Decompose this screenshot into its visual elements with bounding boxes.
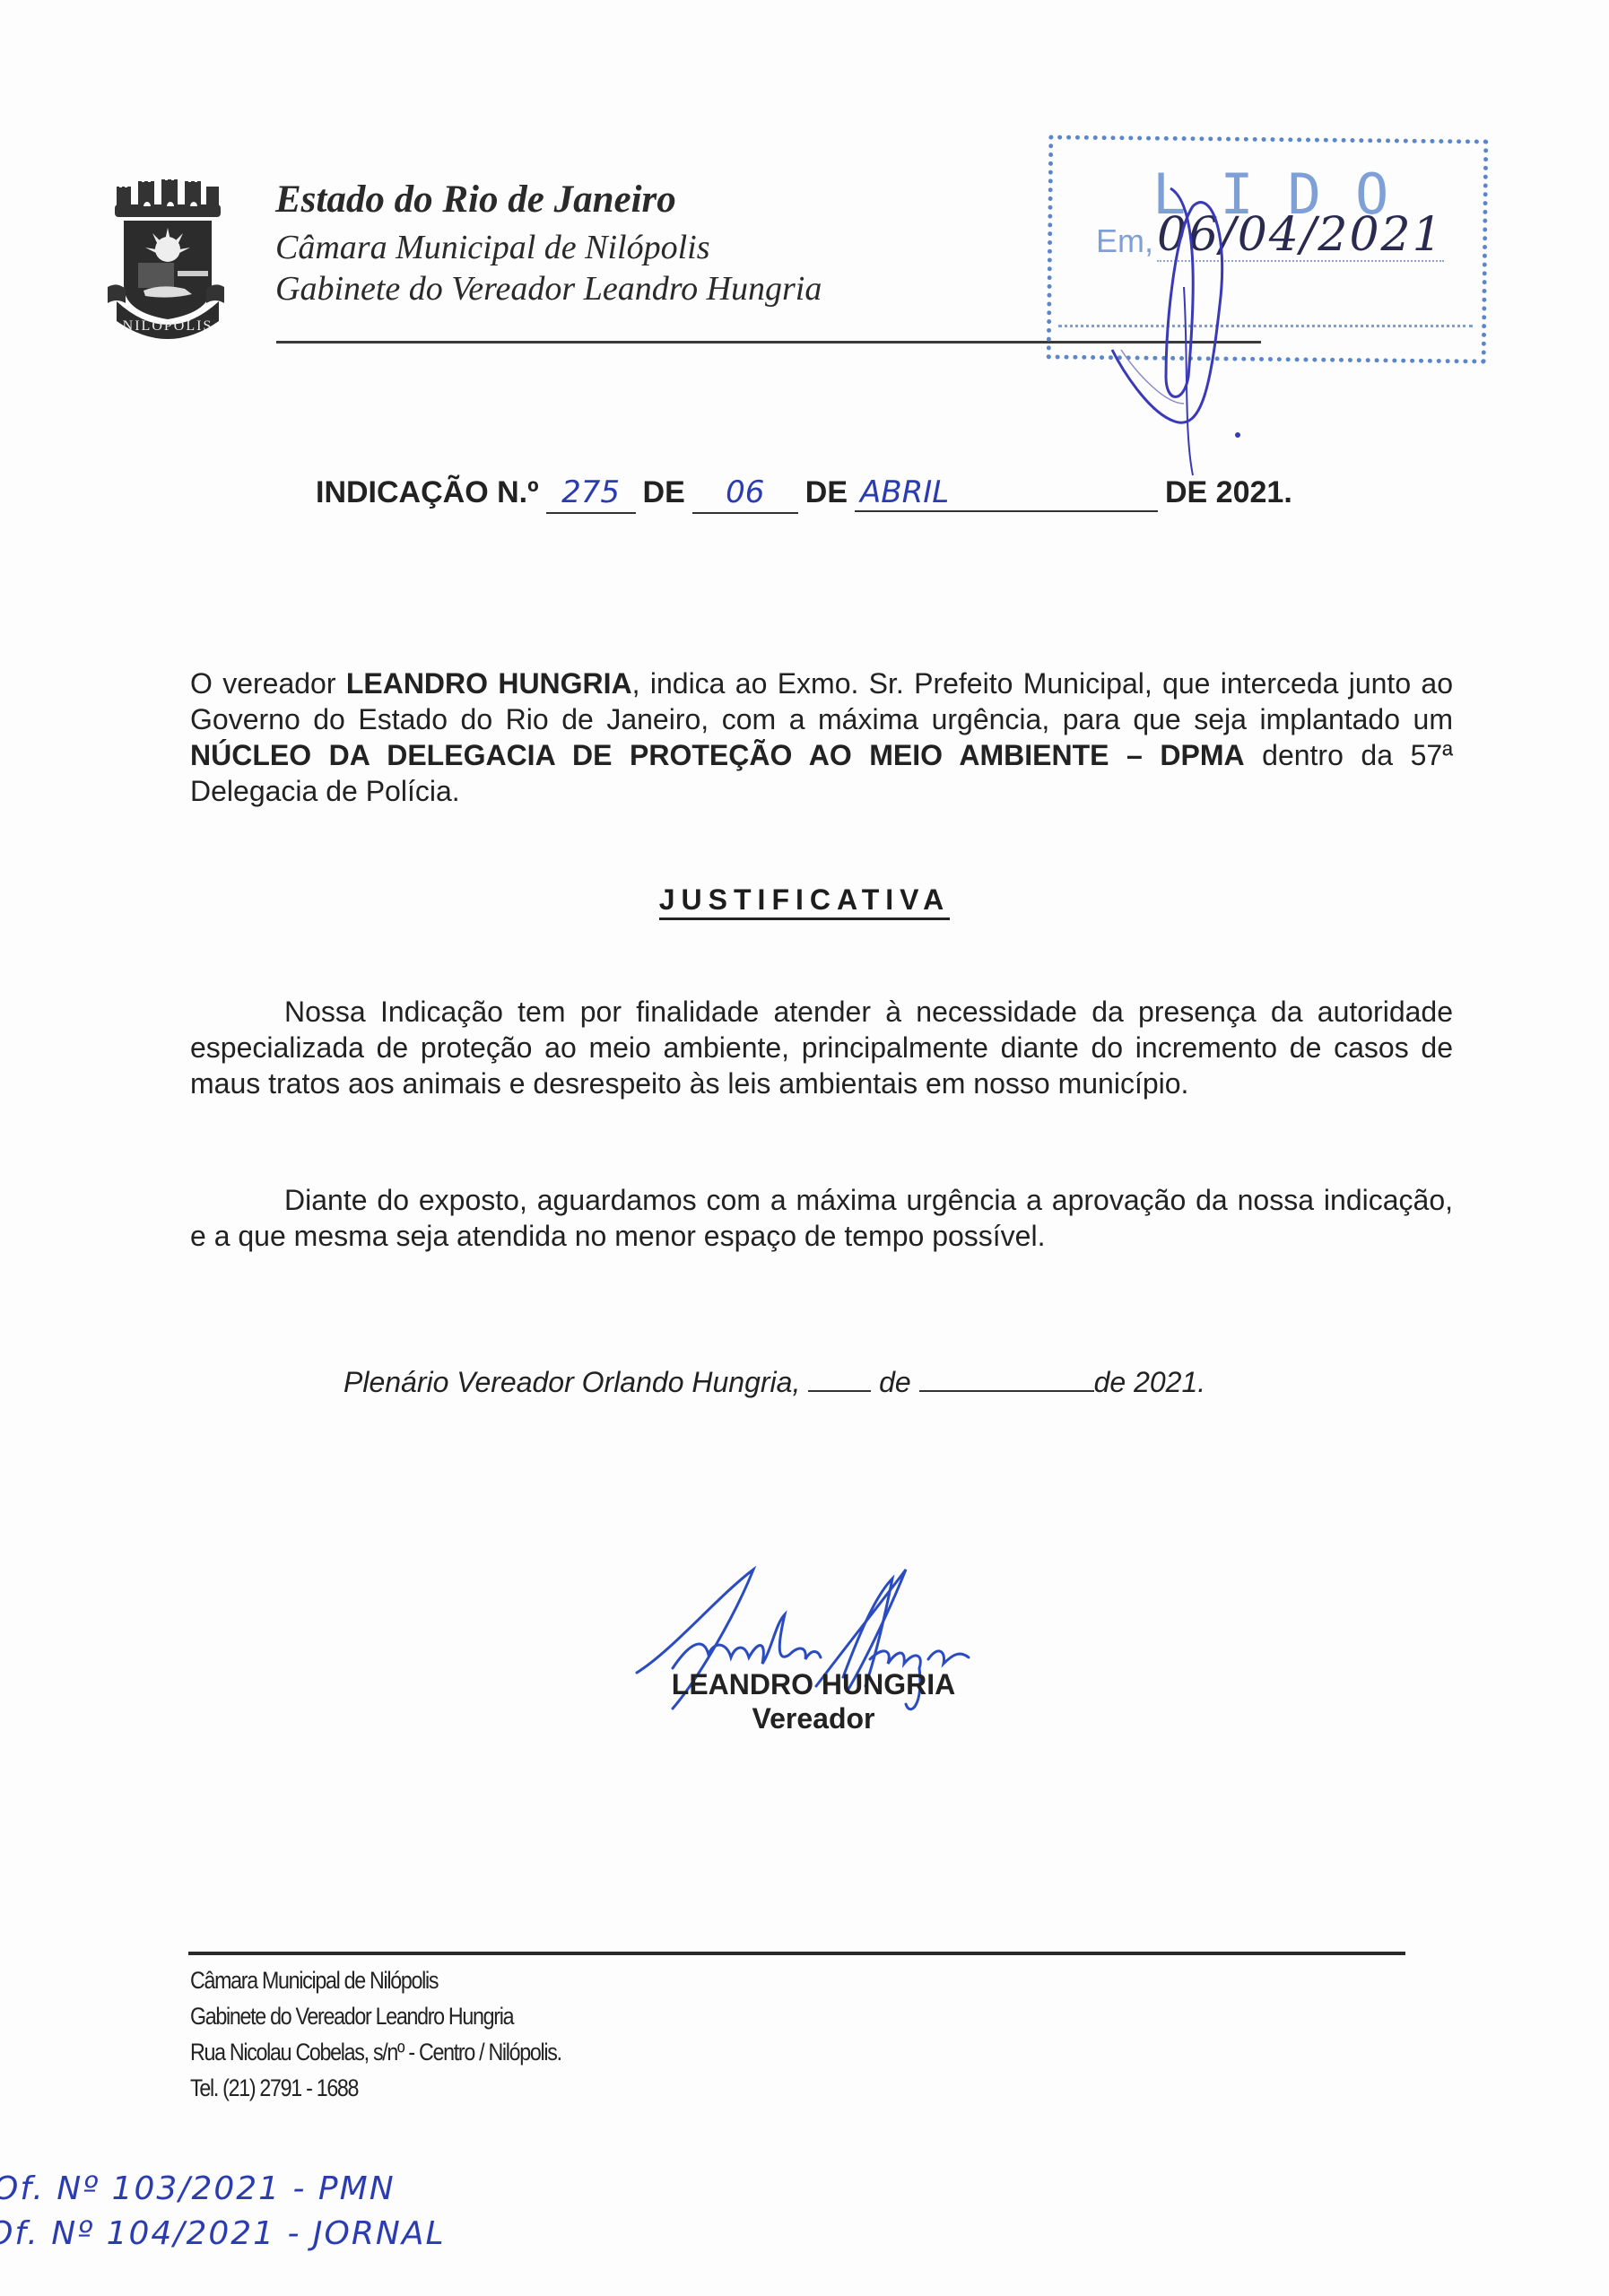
plenario-de: de [871,1366,918,1398]
indicacao-de-2: DE [805,475,848,510]
indicacao-month-field: ABRIL [855,476,1158,512]
header-subtitle: Câmara Municipal de Nilópolis [275,228,710,267]
svg-text:NILOPOLIS: NILOPOLIS [123,318,213,334]
p1-dpma-name: NÚCLEO DA DELEGACIA DE PROTEÇÃO AO MEIO … [190,739,1245,771]
justificativa-heading: JUSTIFICATIVA [0,883,1609,917]
plenario-month-blank [919,1367,1094,1392]
indicacao-prefix: INDICAÇÃO N.º [316,475,539,510]
indicacao-number-field: 275 [546,476,636,514]
justificativa-title: JUSTIFICATIVA [659,883,950,920]
footer-phone: Tel. (21) 2791 - 1688 [190,2074,358,2102]
signatory-role: Vereador [0,1702,1609,1735]
p1-text-a: O vereador [190,667,346,700]
justificativa-paragraph: Nossa Indicação tem por finalidade atend… [190,994,1453,1101]
indicacao-de-1: DE [643,475,685,510]
footer-office: Gabinete do Vereador Leandro Hungria [190,2003,513,2031]
footer-institution: Câmara Municipal de Nilópolis [190,1967,438,1995]
plenario-year: de 2021. [1094,1366,1206,1398]
nilopolis-coat-of-arms-icon: NILOPOLIS [99,178,233,344]
initials-icon [1103,179,1372,484]
conclusion-paragraph: Diante do exposto, aguardamos com a máxi… [190,1182,1453,1254]
footer-address: Rua Nicolau Cobelas, s/nº - Centro / Nil… [190,2039,561,2066]
indicacao-year: DE 2021. [1165,475,1292,510]
plenario-line: Plenário Vereador Orlando Hungria, de de… [344,1366,1205,1399]
header-title: Estado do Rio de Janeiro [275,178,676,222]
header-office: Gabinete do Vereador Leandro Hungria [275,269,822,309]
signatory-name: LEANDRO HUNGRIA [0,1668,1609,1701]
p1-vereador-name: LEANDRO HUNGRIA [346,667,632,700]
plenario-day-blank [808,1367,871,1392]
indicacao-paragraph: O vereador LEANDRO HUNGRIA, indica ao Ex… [190,665,1453,809]
footer-divider [188,1952,1405,1955]
handwritten-note: Of. Nº 104/2021 - JORNAL [0,2215,446,2252]
indicacao-day-field: 06 [692,476,798,514]
handwritten-note: Of. Nº 103/2021 - PMN [0,2170,396,2207]
indicacao-line: INDICAÇÃO N.º 275 DE 06 DE ABRIL DE 2021… [316,475,1292,514]
plenario-prefix: Plenário Vereador Orlando Hungria, [344,1366,808,1398]
